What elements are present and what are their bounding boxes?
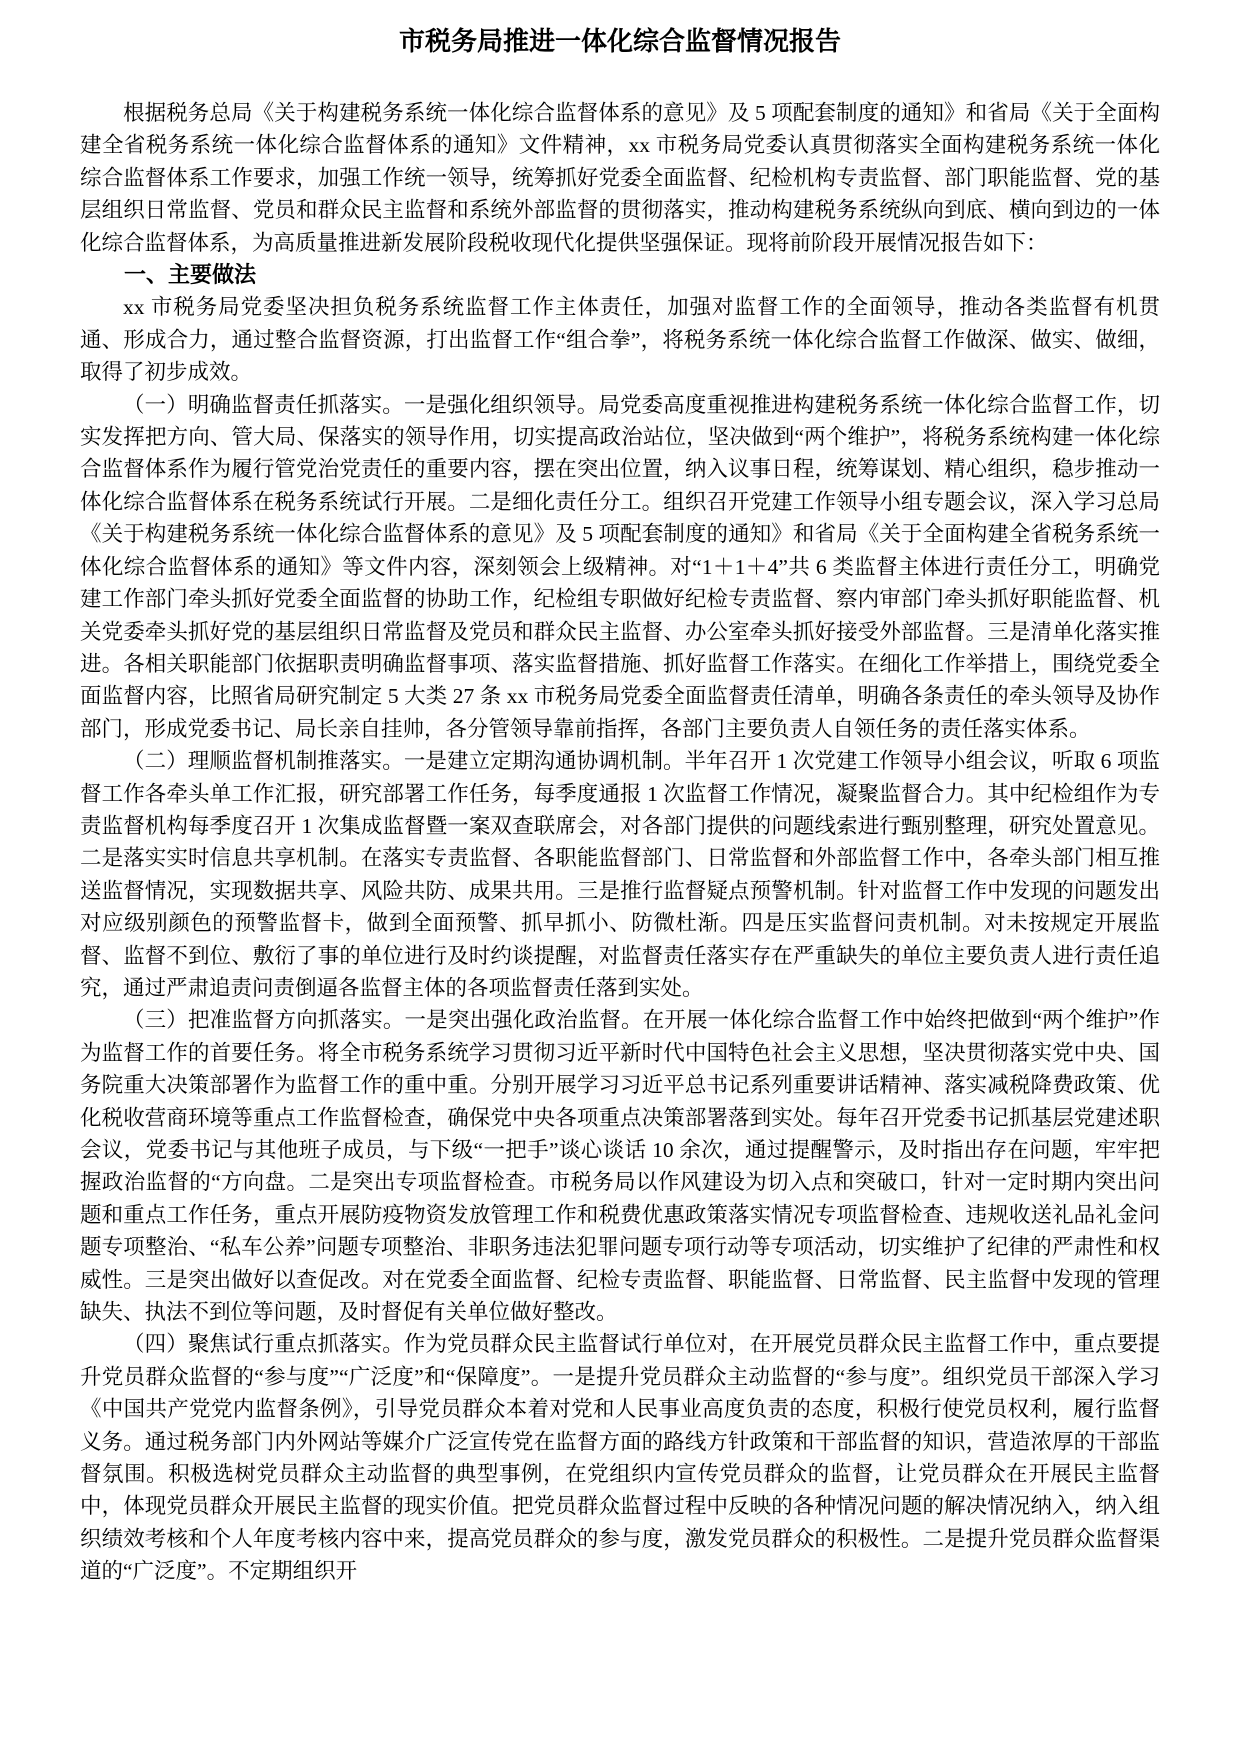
document-title: 市税务局推进一体化综合监督情况报告 (80, 24, 1160, 60)
paragraph-item-1-clarify-responsibility: （一）明确监督责任抓落实。一是强化组织领导。局党委高度重视推进构建税务系统一体化… (80, 389, 1160, 745)
paragraph-overview: xx 市税务局党委坚决担负税务系统监督工作主体责任，加强对监督工作的全面领导，推… (80, 291, 1160, 388)
paragraph-item-4-pilot-focus: （四）聚焦试行重点抓落实。作为党员群众民主监督试行单位对，在开展党员群众民主监督… (80, 1328, 1160, 1587)
paragraph-intro: 根据税务总局《关于构建税务系统一体化综合监督体系的意见》及 5 项配套制度的通知… (80, 97, 1160, 259)
section-heading-main-practices: 一、主要做法 (80, 259, 1160, 291)
paragraph-item-3-supervision-direction: （三）把准监督方向抓落实。一是突出强化政治监督。在开展一体化综合监督工作中始终把… (80, 1004, 1160, 1328)
paragraph-item-2-straighten-mechanism: （二）理顺监督机制推落实。一是建立定期沟通协调机制。半年召开 1 次党建工作领导… (80, 745, 1160, 1004)
document-page: 市税务局推进一体化综合监督情况报告 根据税务总局《关于构建税务系统一体化综合监督… (0, 0, 1240, 1754)
